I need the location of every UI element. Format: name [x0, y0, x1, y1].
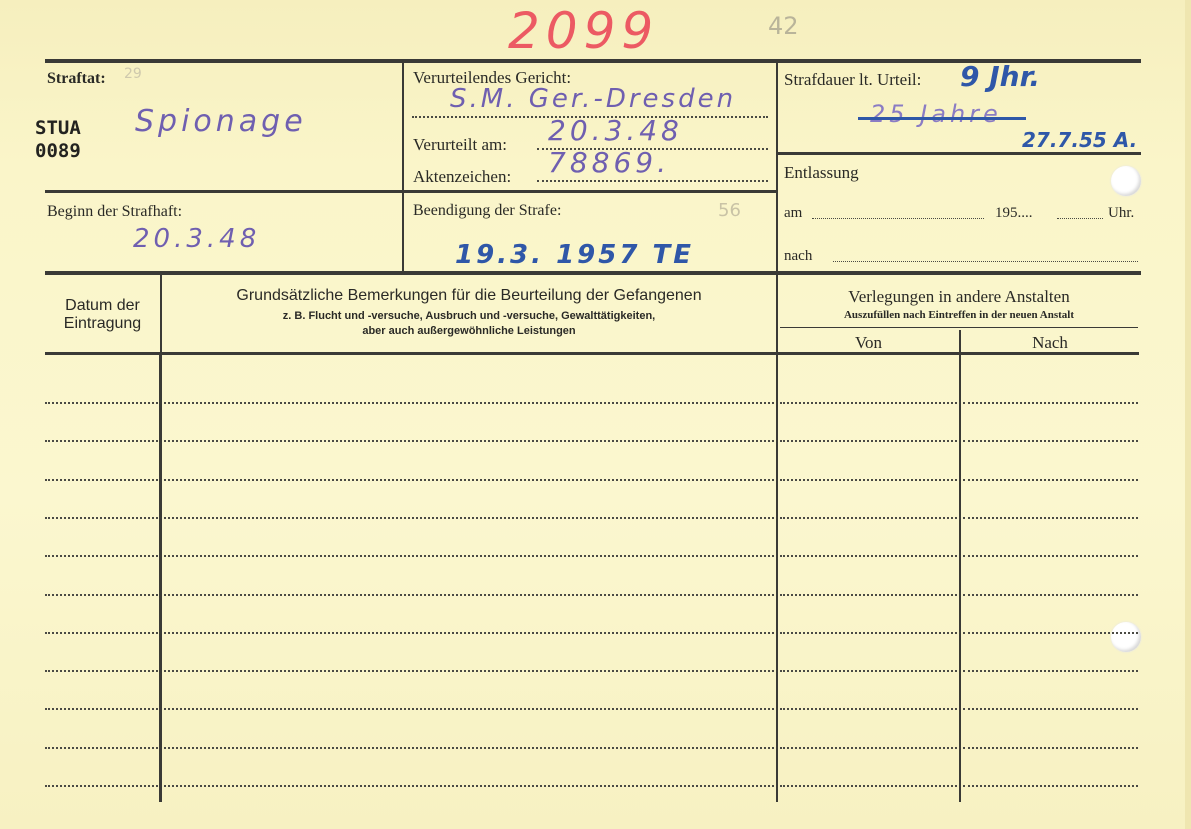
entry-date-field[interactable]	[45, 785, 158, 787]
rule-header-bottom	[45, 352, 1139, 355]
entry-from-field[interactable]	[780, 440, 957, 442]
punch-hole-top	[1111, 166, 1141, 196]
entry-to-field[interactable]	[963, 632, 1138, 634]
duration-annotation: 27.7.55 A.	[1022, 128, 1137, 152]
col-header-transfer-title: Verlegungen in andere Anstalten	[778, 287, 1140, 307]
rule-mid-left	[45, 190, 777, 193]
body-divider-transfer	[776, 355, 778, 802]
col-header-transfer-sub: Auszufüllen nach Eintreffen in der neuen…	[778, 309, 1140, 321]
entry-date-field[interactable]	[45, 747, 158, 749]
release-destination-label: nach	[784, 248, 812, 265]
divider-court	[402, 60, 404, 273]
entry-from-field[interactable]	[780, 517, 957, 519]
entry-remarks-field[interactable]	[164, 555, 774, 557]
entry-remarks-field[interactable]	[164, 479, 774, 481]
entry-remarks-field[interactable]	[164, 632, 774, 634]
strikethrough-line	[858, 117, 1026, 120]
entry-date-field[interactable]	[45, 479, 158, 481]
stamp-code: STUA 0089	[35, 117, 81, 163]
col-header-to: Nach	[961, 333, 1139, 353]
pencil-note-top: 42	[768, 12, 799, 40]
duration-value: 9 Jhr.	[960, 60, 1040, 93]
body-divider-from-to	[959, 355, 961, 802]
entry-date-field[interactable]	[45, 440, 158, 442]
release-date-label: am	[784, 205, 802, 222]
end-value: 19.3. 1957 TE	[455, 240, 694, 270]
entry-date-field[interactable]	[45, 594, 158, 596]
entry-from-field[interactable]	[780, 555, 957, 557]
stamp-line-2: 0089	[35, 140, 81, 163]
col-header-from: Von	[778, 333, 959, 353]
file-number-value: 78869.	[548, 146, 670, 179]
rule-mid-right	[777, 152, 1141, 155]
offense-label: Straftat:	[47, 70, 106, 88]
entry-from-field[interactable]	[780, 747, 957, 749]
release-time-label: Uhr.	[1108, 205, 1134, 222]
entry-to-field[interactable]	[963, 670, 1138, 672]
stamp-line-1: STUA	[35, 117, 81, 140]
sentenced-value: 20.3.48	[548, 114, 683, 147]
court-value: S.M. Ger.-Dresden	[450, 84, 736, 114]
entry-to-field[interactable]	[963, 402, 1138, 404]
entry-remarks-field[interactable]	[164, 517, 774, 519]
pencil-note-end: 56	[718, 200, 741, 221]
entry-to-field[interactable]	[963, 479, 1138, 481]
entry-date-field[interactable]	[45, 517, 158, 519]
entry-from-field[interactable]	[780, 594, 957, 596]
entry-to-field[interactable]	[963, 747, 1138, 749]
entry-remarks-field[interactable]	[164, 747, 774, 749]
divider-duration	[776, 60, 778, 273]
col-header-transfer: Verlegungen in andere Anstalten Auszufül…	[778, 287, 1140, 321]
entry-to-field[interactable]	[963, 708, 1138, 710]
body-divider-date	[159, 355, 162, 802]
record-number: 2099	[508, 2, 659, 60]
release-year-label: 195....	[995, 205, 1033, 222]
pencil-note-faint: 29	[124, 66, 142, 82]
duration-label: Strafdauer lt. Urteil:	[784, 70, 921, 90]
sentenced-label: Verurteilt am:	[413, 135, 507, 155]
release-date-field[interactable]	[812, 218, 984, 219]
entry-to-field[interactable]	[963, 555, 1138, 557]
duration-struck-value: 25 Jahre	[870, 100, 1002, 128]
release-label: Entlassung	[784, 163, 859, 183]
entry-to-field[interactable]	[963, 517, 1138, 519]
entry-from-field[interactable]	[780, 402, 957, 404]
col-header-remarks-sub1: z. B. Flucht und -versuche, Ausbruch und…	[162, 310, 776, 322]
end-label: Beendigung der Strafe:	[413, 202, 561, 220]
col-header-remarks: Grundsätzliche Bemerkungen für die Beurt…	[162, 287, 776, 337]
entry-remarks-field[interactable]	[164, 440, 774, 442]
entry-from-field[interactable]	[780, 785, 957, 787]
rule-table-top	[45, 271, 1141, 275]
prisoner-record-card: 2099 42 29 56 Straftat: STUA 0089 Spiona…	[0, 0, 1191, 829]
entry-remarks-field[interactable]	[164, 402, 774, 404]
entry-from-field[interactable]	[780, 708, 957, 710]
entry-remarks-field[interactable]	[164, 785, 774, 787]
entry-to-field[interactable]	[963, 785, 1138, 787]
entry-date-field[interactable]	[45, 708, 158, 710]
entry-to-field[interactable]	[963, 440, 1138, 442]
entry-date-field[interactable]	[45, 670, 158, 672]
offense-value: Spionage	[135, 104, 307, 139]
punch-hole-bottom	[1111, 622, 1141, 652]
file-number-dotted-line	[537, 180, 768, 182]
entry-from-field[interactable]	[780, 670, 957, 672]
entry-to-field[interactable]	[963, 594, 1138, 596]
entry-remarks-field[interactable]	[164, 670, 774, 672]
col-header-date-line1: Datum der	[45, 297, 160, 315]
entry-from-field[interactable]	[780, 479, 957, 481]
entry-date-field[interactable]	[45, 632, 158, 634]
entry-remarks-field[interactable]	[164, 708, 774, 710]
col-header-date-line2: Eintragung	[45, 315, 160, 333]
col-header-remarks-title: Grundsätzliche Bemerkungen für die Beurt…	[162, 287, 776, 305]
start-value: 20.3.48	[133, 224, 260, 254]
entry-date-field[interactable]	[45, 402, 158, 404]
start-label: Beginn der Strafhaft:	[47, 203, 182, 221]
col-header-remarks-sub2: aber auch außergewöhnliche Leistungen	[162, 325, 776, 337]
entry-date-field[interactable]	[45, 555, 158, 557]
file-number-label: Aktenzeichen:	[413, 167, 511, 187]
entry-from-field[interactable]	[780, 632, 957, 634]
card-edge	[1185, 0, 1191, 829]
transfer-sub-rule	[780, 327, 1138, 328]
release-time-field[interactable]	[1057, 218, 1103, 219]
entry-remarks-field[interactable]	[164, 594, 774, 596]
release-destination-field[interactable]	[833, 261, 1138, 262]
col-header-date: Datum der Eintragung	[45, 297, 160, 333]
